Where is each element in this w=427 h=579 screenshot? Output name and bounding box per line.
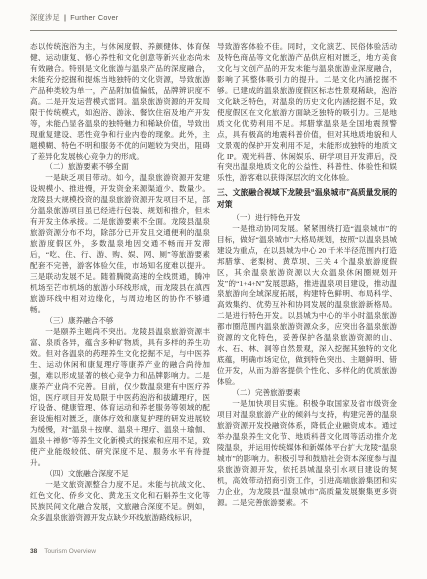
paragraph: 一是加快项目实施。积极争取国家及省市级资金项目对温泉旅游产业的倾斜与支持，构建完… bbox=[217, 399, 397, 509]
right-column: 导致游客体验不佳。同时，文化演艺、民俗体验活动及特色商品等文化旅游产品供应相对匮… bbox=[217, 42, 397, 536]
subsection-heading: （三）康养融合不够 bbox=[30, 316, 210, 327]
paragraph: 一是推动协同发展。紧紧围绕打造“温泉城市”的目标，做好“温泉城市”大格局规划，按… bbox=[217, 224, 397, 388]
paragraph: 一是颐养主题尚不突出。龙陵县温泉旅游资源丰富、泉质各异，蕴含多种矿物质，具有多样… bbox=[30, 327, 210, 469]
text-columns: 态以传统泡浴为主，与休闲度假、养颜健体、体育保健、运动康复、修心养性和文化创意等… bbox=[30, 42, 397, 536]
subsection-heading: （四）文旅融合深度不足 bbox=[30, 469, 210, 480]
journal-name: Tourism Overview bbox=[44, 548, 96, 555]
journal-page: 深度涉足|Further Cover 态以传统泡浴为主，与休闲度假、养颜健体、体… bbox=[0, 0, 427, 579]
subsection-heading: （二）旅游要素不够全面 bbox=[30, 162, 210, 173]
paragraph: 一是缺乏项目带动。如今，温泉旅游资源开发建设规模小、推进慢，开发资金来源渠道少、… bbox=[30, 173, 210, 315]
header-rule bbox=[30, 30, 397, 31]
page-footer: 38Tourism Overview bbox=[30, 548, 96, 555]
section-heading: 三、文旅融合视域下龙陵县“温泉城市”高质量发展的对策 bbox=[217, 187, 397, 209]
header-section-en: Further Cover bbox=[70, 13, 118, 22]
paragraph: 导致游客体验不佳。同时，文化演艺、民俗体验活动及特色商品等文化旅游产品供应相对匮… bbox=[217, 42, 397, 184]
subsection-heading: （一）进行特色开发 bbox=[217, 213, 397, 224]
paragraph: 态以传统泡浴为主，与休闲度假、养颜健体、体育保健、运动康复、修心养性和文化创意等… bbox=[30, 42, 210, 162]
header-section-cn: 深度涉足 bbox=[30, 13, 60, 22]
paragraph: 一是文旅资源整合力度不足。未能与抗战文化、红色文化、侨乡文化、黄龙玉文化和石斛养… bbox=[30, 480, 210, 524]
header-separator: | bbox=[64, 13, 66, 22]
page-number: 38 bbox=[30, 548, 37, 555]
page-header: 深度涉足|Further Cover bbox=[30, 13, 397, 23]
left-column: 态以传统泡浴为主，与休闲度假、养颜健体、体育保健、运动康复、修心养性和文化创意等… bbox=[30, 42, 210, 536]
subsection-heading: （二）完善旅游要素 bbox=[217, 388, 397, 399]
